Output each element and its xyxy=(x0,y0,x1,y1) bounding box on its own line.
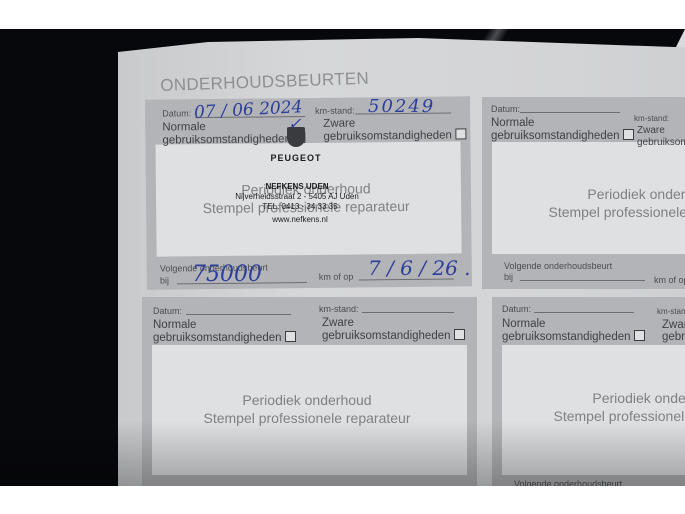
letterbox-bottom xyxy=(0,486,685,514)
next-km-field[interactable] xyxy=(520,280,645,281)
normal-conditions-checkbox[interactable] xyxy=(623,129,634,140)
stamp-placeholder-text: Periodiek onderhoudStempel professionele… xyxy=(527,185,685,221)
date-field[interactable] xyxy=(520,112,620,113)
heavy-conditions-checkbox[interactable] xyxy=(454,329,465,340)
heavy-conditions-label: Zwaregebruiksomstandigheden xyxy=(662,319,685,343)
next-service-label: Volgende onderhoudsbeurt xyxy=(504,261,612,271)
date-field[interactable] xyxy=(534,312,634,313)
km-stand-label: km-stand: xyxy=(315,106,355,116)
handwritten-km: 50249 xyxy=(368,96,435,117)
heavy-conditions-checkbox[interactable] xyxy=(455,128,466,139)
handwritten-checkmark: ✓ xyxy=(288,114,301,133)
stamp-dealer-name: NEFKENS UDEN xyxy=(252,182,342,191)
km-stand-label: km-stand: xyxy=(634,114,669,123)
next-service-at-label: bij xyxy=(160,275,169,285)
normal-conditions-label: Normalegebruiksomstandigheden xyxy=(162,120,305,146)
normal-conditions-checkbox[interactable] xyxy=(634,330,645,341)
km-or-on-label: km of op xyxy=(654,275,685,285)
handwritten-next-km: 75000 xyxy=(192,262,262,287)
shadow-overlay xyxy=(0,420,685,486)
date-label: Datum: xyxy=(491,104,520,114)
handwritten-next-date: 7 / 6 / 26 . xyxy=(368,256,471,280)
stamp-phone: TEL. 0413 - 34 33 35 xyxy=(240,202,360,211)
stamp-address: Nijverheidsstraat 2 - 5405 AJ Uden xyxy=(222,192,372,201)
km-stand-label: km-stand: xyxy=(319,304,359,314)
normal-conditions-label: Normalegebruiksomstandigheden xyxy=(153,319,296,344)
heavy-conditions-label: Zwaregebruiksomstandigheden xyxy=(637,125,685,149)
stamp-brand: PEUGEOT xyxy=(262,153,330,163)
km-stand-field[interactable] xyxy=(362,312,454,313)
service-entry-card-2: Datum: km-stand: Normalegebruiksomstandi… xyxy=(482,97,685,289)
date-field[interactable] xyxy=(186,314,291,315)
km-stand-label: km-stand: xyxy=(657,307,685,316)
heavy-conditions-label: Zwaregebruiksomstandigheden xyxy=(322,317,465,342)
date-label: Datum: xyxy=(502,304,531,314)
next-service-at-label: bij xyxy=(504,272,513,282)
normal-conditions-label: Normalegebruiksomstandigheden xyxy=(491,117,634,142)
normal-conditions-label: Normalegebruiksomstandigheden xyxy=(502,318,645,343)
date-label: Datum: xyxy=(153,306,182,316)
normal-conditions-checkbox[interactable] xyxy=(285,331,296,342)
date-label: Datum: xyxy=(162,108,191,118)
heavy-conditions-label: Zwaregebruiksomstandigheden xyxy=(323,116,466,142)
km-or-on-label: km of op xyxy=(319,272,354,282)
stamp-website: www.nefkens.nl xyxy=(250,215,350,224)
